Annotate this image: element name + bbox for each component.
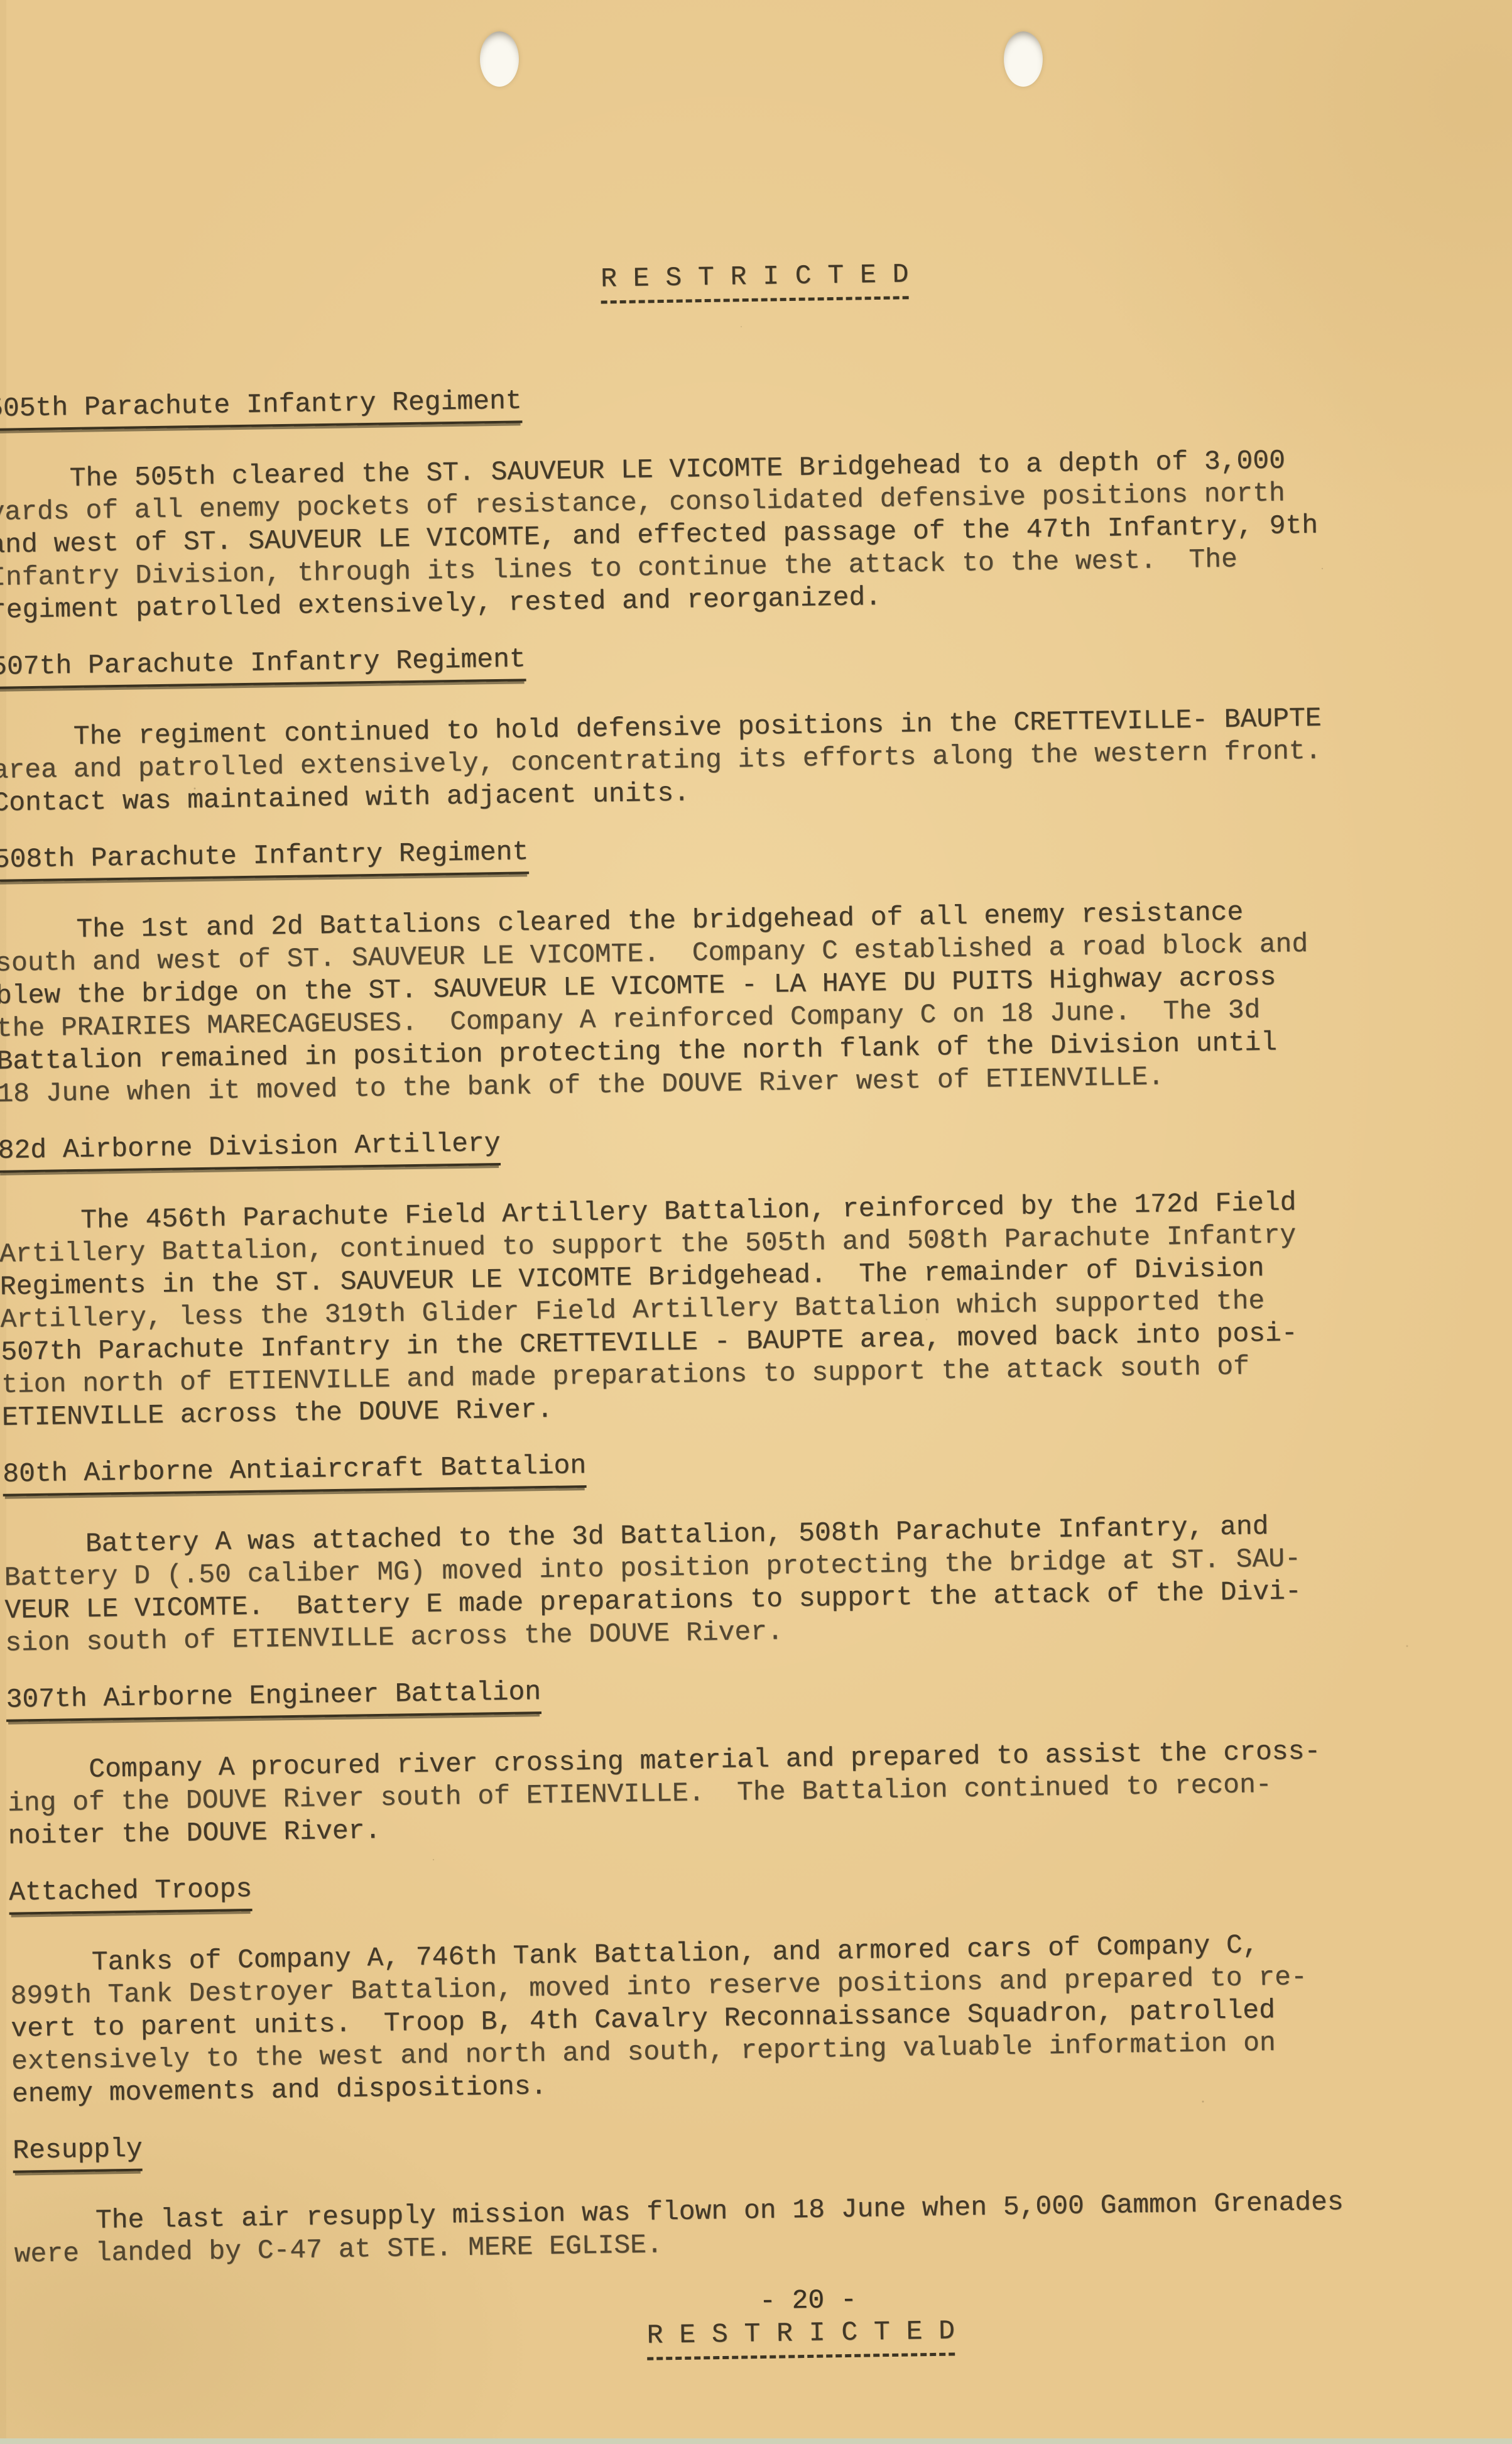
section-heading-text: 508th Parachute Infantry Regiment xyxy=(0,836,529,882)
section-heading: Attached Troops xyxy=(9,1852,1512,1915)
section-heading-text: 80th Airborne Antiaircraft Battalion xyxy=(3,1449,587,1497)
section-heading: 307th Airborne Engineer Battalion xyxy=(6,1659,1512,1722)
section-heading: 505th Parachute Infantry Regiment xyxy=(0,368,1512,431)
classification-header: R E S T R I C T E D xyxy=(601,248,1512,303)
page-number-text: - 20 - xyxy=(759,2284,857,2316)
section-heading: 82d Airborne Division Artillery xyxy=(0,1110,1512,1173)
section-paragraph: The last air resupply mission was flown … xyxy=(14,2181,1512,2271)
section-paragraph: Company A procured river crossing materi… xyxy=(7,1730,1512,1853)
section-82d-airborne-division-artillery: 82d Airborne Division Artillery The 456t… xyxy=(0,1110,1512,1434)
section-307th-airborne-engineer-battalion: 307th Airborne Engineer Battalion Compan… xyxy=(6,1659,1512,1853)
section-heading: 508th Parachute Infantry Regiment xyxy=(0,819,1512,882)
section-paragraph: The 505th cleared the ST. SAUVEUR LE VIC… xyxy=(0,439,1512,627)
section-paragraph: The 1st and 2d Battalions cleared the br… xyxy=(0,890,1512,1111)
section-508th-parachute-infantry-regiment: 508th Parachute Infantry Regiment The 1s… xyxy=(0,819,1512,1111)
section-heading-text: Resupply xyxy=(13,2133,143,2173)
section-heading-text: 307th Airborne Engineer Battalion xyxy=(6,1676,541,1722)
section-paragraph: The regiment continued to hold defensive… xyxy=(0,697,1512,820)
section-paragraph: Tanks of Company A, 746th Tank Battalion… xyxy=(9,1923,1512,2111)
punch-hole-left xyxy=(480,31,519,87)
section-resupply: Resupply The last air resupply mission w… xyxy=(13,2110,1512,2271)
document-page: R E S T R I C T E D 505th Parachute Infa… xyxy=(0,0,1512,2444)
section-505th-parachute-infantry-regiment: 505th Parachute Infantry Regiment The 50… xyxy=(0,368,1512,627)
section-heading: 80th Airborne Antiaircraft Battalion xyxy=(3,1434,1512,1497)
section-heading: Resupply xyxy=(13,2110,1512,2173)
section-507th-parachute-infantry-regiment: 507th Parachute Infantry Regiment The re… xyxy=(0,626,1512,820)
section-heading: 507th Parachute Infantry Regiment xyxy=(0,626,1512,689)
section-heading-text: 505th Parachute Infantry Regiment xyxy=(0,385,522,431)
section-heading-text: Attached Troops xyxy=(9,1873,253,1915)
punch-hole-right xyxy=(1004,31,1043,87)
section-paragraph: The 456th Parachute Field Artillery Batt… xyxy=(0,1181,1512,1434)
section-attached-troops: Attached Troops Tanks of Company A, 746t… xyxy=(9,1852,1512,2111)
section-heading-text: 507th Parachute Infantry Regiment xyxy=(0,643,526,689)
section-paragraph: Battery A was attached to the 3d Battali… xyxy=(4,1505,1512,1660)
typed-content: R E S T R I C T E D 505th Parachute Infa… xyxy=(0,0,1512,2370)
classification-header-text: R E S T R I C T E D xyxy=(601,258,909,303)
classification-footer-text: R E S T R I C T E D xyxy=(646,2315,955,2360)
section-80th-airborne-antiaircraft-battalion: 80th Airborne Antiaircraft Battalion Bat… xyxy=(3,1434,1512,1660)
section-heading-text: 82d Airborne Division Artillery xyxy=(0,1127,501,1173)
